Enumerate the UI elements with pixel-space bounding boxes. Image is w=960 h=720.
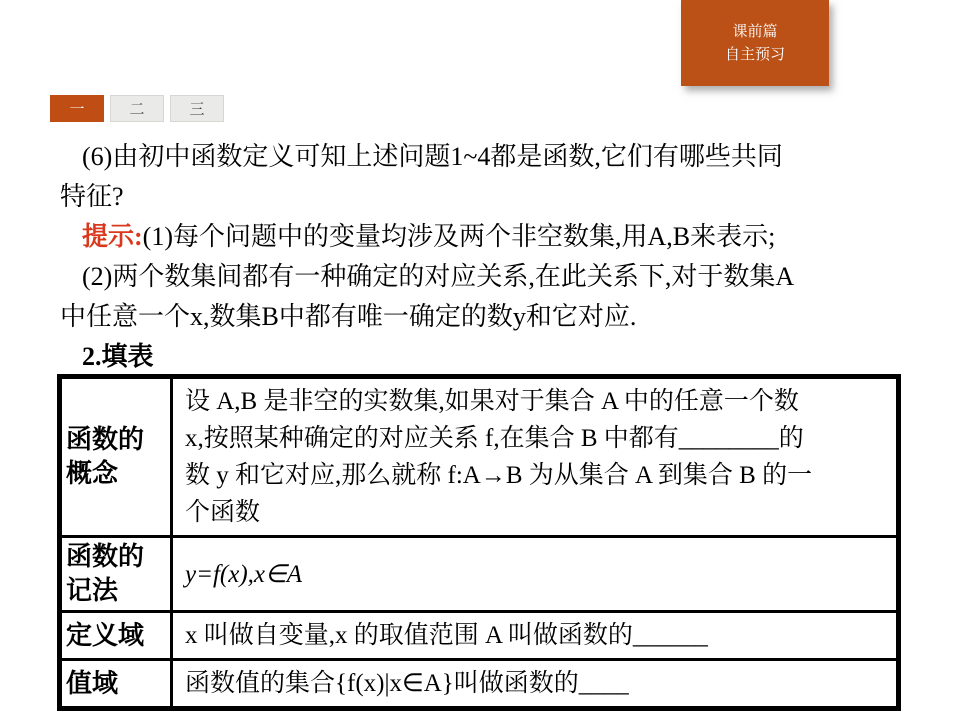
table-row: 函数的记法 y=f(x),x∈A bbox=[60, 537, 899, 612]
table-cell-content: y=f(x),x∈A bbox=[172, 537, 899, 612]
hint-line-3: 中任意一个x,数集B中都有唯一确定的数y和它对应. bbox=[60, 297, 928, 337]
question-line-1: (6)由初中函数定义可知上述问题1~4都是函数,它们有哪些共同 bbox=[60, 137, 928, 177]
section-badge: 课前篇 自主预习 bbox=[681, 0, 829, 86]
hint-line-1: 提示:(1)每个问题中的变量均涉及两个非空数集,用A,B来表示; bbox=[60, 217, 928, 257]
tab-one-label: 一 bbox=[69, 98, 84, 119]
question-line-2: 特征? bbox=[60, 177, 928, 217]
hint-line-2: (2)两个数集间都有一种确定的对应关系,在此关系下,对于数集A bbox=[60, 257, 928, 297]
table-cell-content: x 叫做自变量,x 的取值范围 A 叫做函数的______ bbox=[172, 612, 899, 660]
tab-two[interactable]: 二 bbox=[110, 95, 164, 122]
tab-one[interactable]: 一 bbox=[50, 95, 104, 122]
section-tabs: 一 二 三 bbox=[50, 95, 224, 122]
table-row-label: 值域 bbox=[60, 660, 172, 709]
hint-text: (1)每个问题中的变量均涉及两个非空数集,用A,B来表示; bbox=[143, 222, 776, 251]
table-row-label: 定义域 bbox=[60, 612, 172, 660]
hint-label: 提示: bbox=[82, 222, 143, 251]
tab-three[interactable]: 三 bbox=[170, 95, 224, 122]
table-row-label: 函数的概念 bbox=[60, 377, 172, 537]
fill-table: 函数的概念 设 A,B 是非空的实数集,如果对于集合 A 中的任意一个数 x,按… bbox=[57, 374, 901, 711]
table-row-label: 函数的记法 bbox=[60, 537, 172, 612]
tab-two-label: 二 bbox=[129, 98, 144, 119]
tab-three-label: 三 bbox=[189, 98, 204, 119]
section-badge-line2: 自主预习 bbox=[725, 43, 785, 66]
slide: 课前篇 自主预习 一 二 三 (6)由初中函数定义可知上述问题1~4都是函数,它… bbox=[0, 0, 960, 720]
main-text: (6)由初中函数定义可知上述问题1~4都是函数,它们有哪些共同 特征? 提示:(… bbox=[60, 137, 928, 377]
table-row: 函数的概念 设 A,B 是非空的实数集,如果对于集合 A 中的任意一个数 x,按… bbox=[60, 377, 899, 537]
fill-table-title: 2.填表 bbox=[60, 337, 928, 377]
table-cell-content: 设 A,B 是非空的实数集,如果对于集合 A 中的任意一个数 x,按照某种确定的… bbox=[172, 377, 899, 537]
table-cell-content: 函数值的集合{f(x)|x∈A}叫做函数的____ bbox=[172, 660, 899, 709]
table-row: 值域 函数值的集合{f(x)|x∈A}叫做函数的____ bbox=[60, 660, 899, 709]
table-row: 定义域 x 叫做自变量,x 的取值范围 A 叫做函数的______ bbox=[60, 612, 899, 660]
section-badge-line1: 课前篇 bbox=[732, 20, 777, 43]
